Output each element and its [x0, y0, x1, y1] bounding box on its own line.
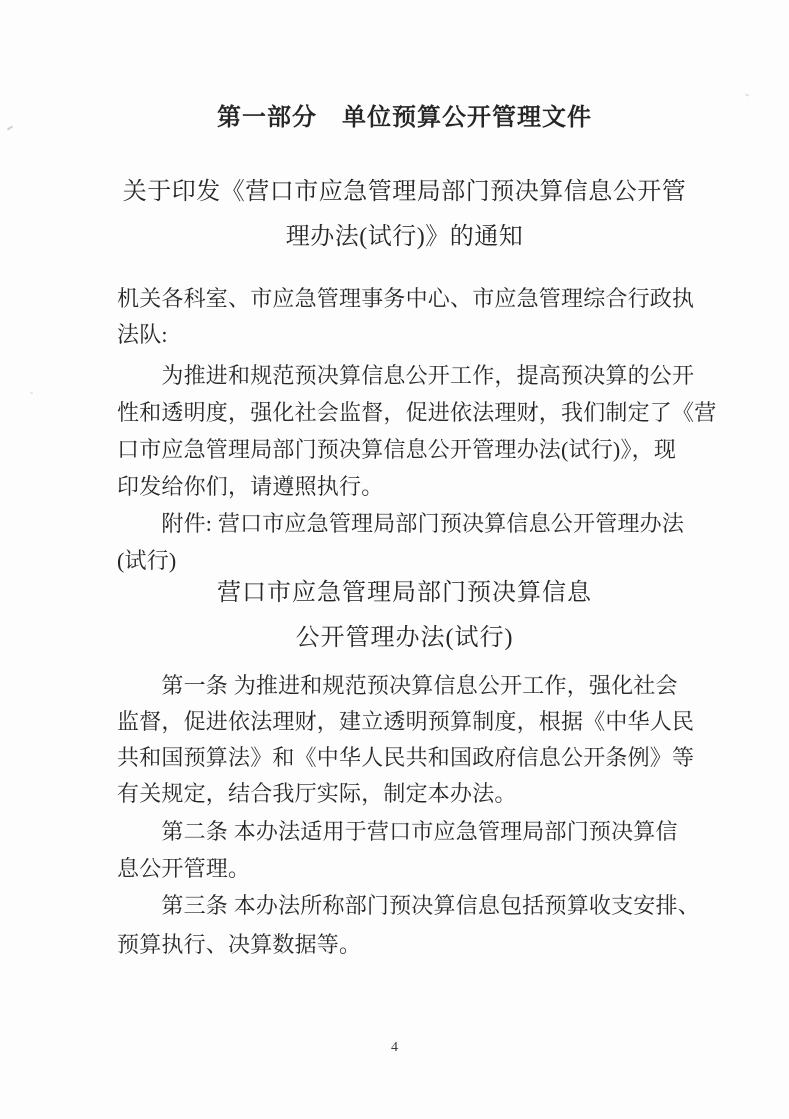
- text-line: 营口市应急管理局部门预决算信息: [117, 571, 692, 616]
- text-line: 性和透明度，强化社会监督，促进依法理财，我们制定了《营: [117, 394, 692, 431]
- text-line: 息公开管理。: [117, 850, 692, 887]
- salutation: 机关各科室、市应急管理事务中心、市应急管理综合行政执法队:: [117, 281, 692, 353]
- notice-title: 关于印发《营口市应急管理局部门预决算信息公开管理办法(试行)》的通知: [117, 170, 692, 260]
- scan-speck: [30, 392, 33, 394]
- text-line: 印发给你们，请遵照执行。: [117, 468, 692, 505]
- text-line: 第二条 本办法适用于营口市应急管理局部门预决算信: [117, 813, 692, 850]
- text-line: 附件: 营口市应急管理局部门预决算信息公开管理办法: [117, 505, 692, 542]
- text-line: 公开管理办法(试行): [117, 616, 692, 661]
- text-line: 共和国预算法》和《中华人民共和国政府信息公开条例》等: [117, 740, 692, 776]
- attachment-note: 附件: 营口市应急管理局部门预决算信息公开管理办法(试行): [117, 505, 692, 579]
- text-line: 有关规定，结合我厅实际，制定本办法。: [117, 776, 692, 812]
- article-3: 第三条 本办法所称部门预决算信息包括预算收支安排、预算执行、决算数据等。: [117, 886, 692, 964]
- scan-speck: [745, 93, 749, 96]
- text-line: 第三条 本办法所称部门预决算信息包括预算收支安排、: [117, 886, 692, 925]
- text-line: 为推进和规范预决算信息公开工作，提高预决算的公开: [117, 357, 692, 394]
- article-1: 第一条 为推进和规范预决算信息公开工作，强化社会监督，促进依法理财，建立透明预算…: [117, 668, 692, 812]
- document-content: 第一部分 单位预算公开管理文件 关于印发《营口市应急管理局部门预决算信息公开管理…: [117, 0, 692, 1119]
- section-title: 第一部分 单位预算公开管理文件: [117, 100, 692, 136]
- text-line: 机关各科室、市应急管理事务中心、市应急管理综合行政执: [117, 281, 692, 317]
- text-line: 关于印发《营口市应急管理局部门预决算信息公开管: [117, 170, 692, 215]
- text-line: 法队:: [117, 317, 692, 353]
- text-line: 理办法(试行)》的通知: [117, 215, 692, 260]
- text-line: 口市应急管理局部门预决算信息公开管理办法(试行)》，现: [117, 431, 692, 468]
- text-line: 预算执行、决算数据等。: [117, 925, 692, 964]
- measures-title: 营口市应急管理局部门预决算信息公开管理办法(试行): [117, 571, 692, 661]
- text-line: 第一条 为推进和规范预决算信息公开工作，强化社会: [117, 668, 692, 704]
- scanned-document-page: 第一部分 单位预算公开管理文件 关于印发《营口市应急管理局部门预决算信息公开管理…: [0, 0, 789, 1119]
- intro-paragraph: 为推进和规范预决算信息公开工作，提高预决算的公开性和透明度，强化社会监督，促进依…: [117, 357, 692, 505]
- page-number: 4: [0, 1040, 789, 1056]
- text-line: 监督，促进依法理财，建立透明预算制度，根据《中华人民: [117, 704, 692, 740]
- scan-speck: [7, 125, 13, 130]
- article-2: 第二条 本办法适用于营口市应急管理局部门预决算信息公开管理。: [117, 813, 692, 887]
